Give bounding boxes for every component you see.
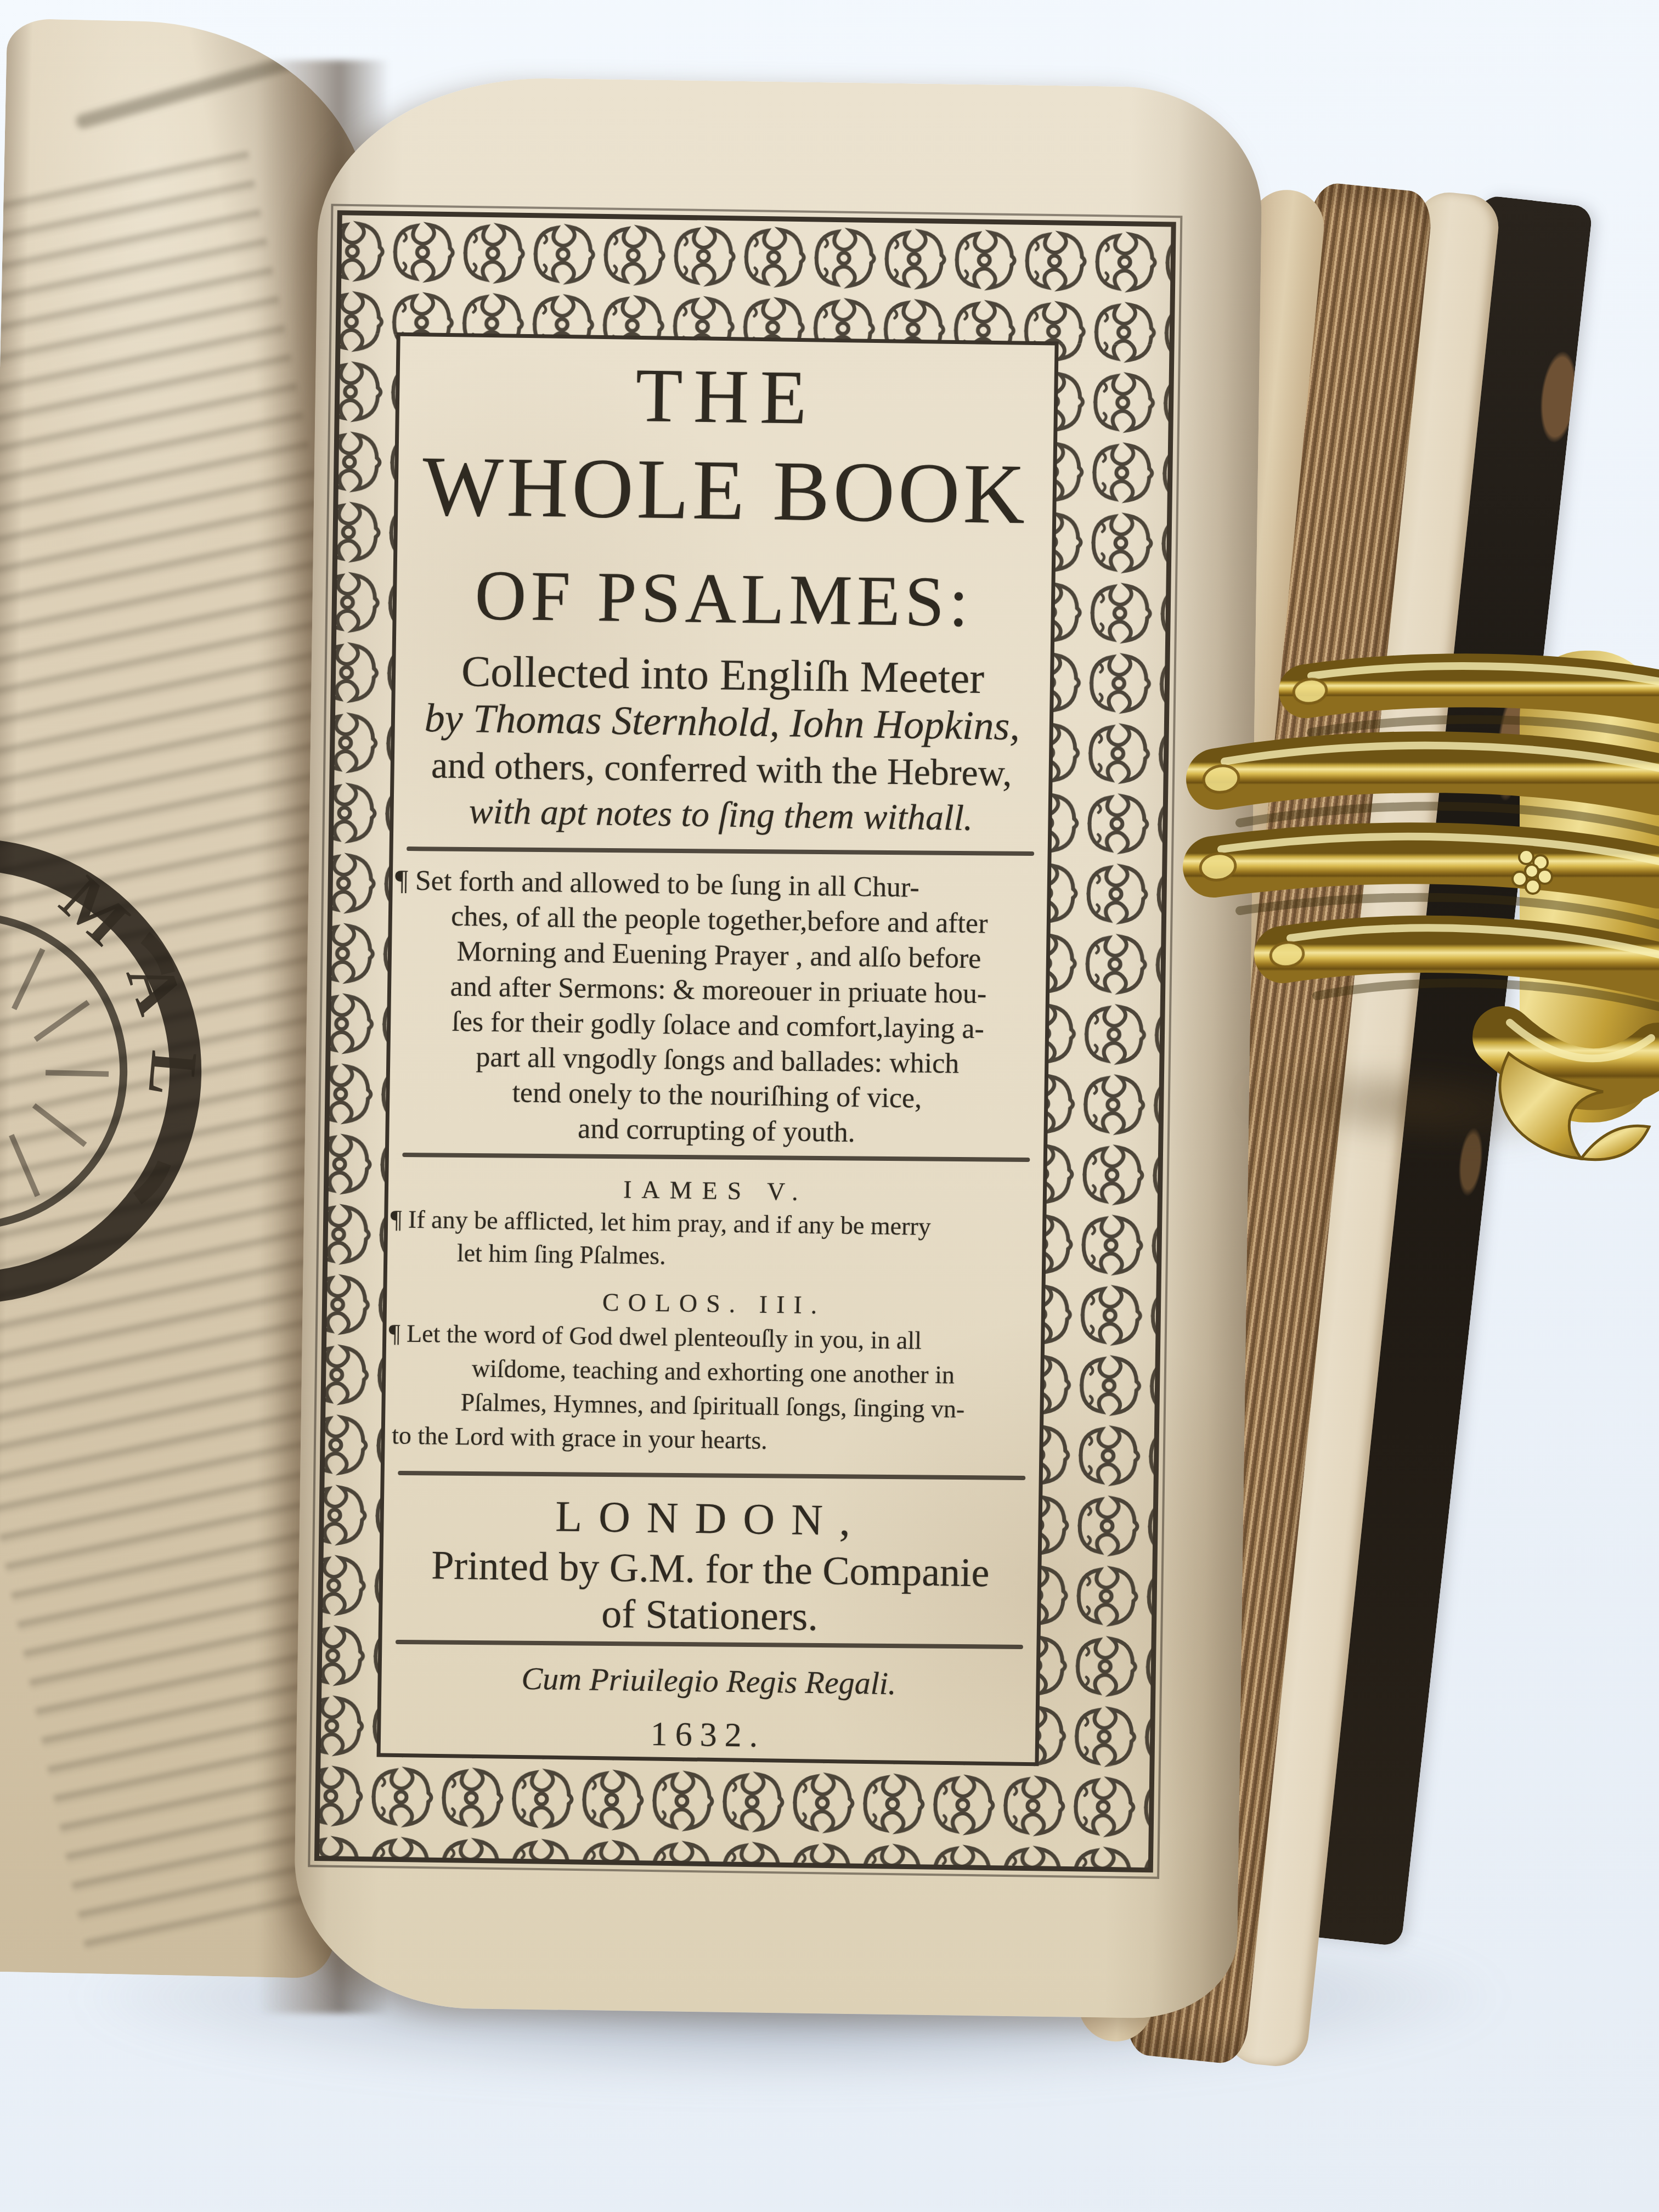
library-stamp: MAL [0, 819, 259, 1330]
scripture-heading: IAMES V. [386, 1172, 1045, 1209]
divider-rule [396, 1640, 1023, 1649]
allowance-line: ſes for their godly ſolace and comfort,l… [388, 1006, 1047, 1046]
divider-rule [407, 847, 1034, 856]
subtitle-line: Collected into Engliſh Meeter [393, 647, 1052, 703]
allowance-line: tend onely to the nouriſhing of vice, [388, 1076, 1047, 1116]
title-line: THE [397, 351, 1057, 443]
title-page-text: THE WHOLE BOOK OF PSALMES: Collected int… [375, 76, 1060, 2016]
title-line: WHOLE BOOK [396, 439, 1055, 541]
scripture-line: ¶ If any be afflicted, let him pray, and… [386, 1205, 1045, 1242]
title-line: OF PSALMES: [394, 556, 1054, 642]
imprint-city: LONDON, [382, 1491, 1041, 1547]
scripture-line: ¶ Let the word of God dwel plenteouſly i… [384, 1319, 1043, 1356]
divider-rule [402, 1153, 1030, 1162]
scripture-line: wiſdome, teaching and exhorting one anot… [384, 1353, 1043, 1390]
subtitle-line: by Thomas Sternhold, Iohn Hopkins, [393, 696, 1052, 749]
brass-hand-page-holder [1174, 614, 1659, 1185]
allowance-line: and after Sermons: & moreouer in priuate… [389, 970, 1048, 1011]
allowance-line: part all vngodly ſongs and ballades: whi… [388, 1041, 1047, 1081]
imprint-line: Printed by G.M. for the Companie [381, 1543, 1040, 1596]
book-photograph: MAL [0, 0, 1659, 2212]
privilege-line: Cum Priuilegio Regis Regali. [380, 1660, 1039, 1703]
imprint-line: of Stationers. [380, 1589, 1039, 1643]
allowance-line: Morning and Euening Prayer , and alſo be… [390, 935, 1048, 975]
allowance-line: ches, of all the people together,before … [390, 900, 1049, 940]
year: 1632. [379, 1712, 1037, 1758]
divider-rule [398, 1471, 1025, 1480]
title-page: THE WHOLE BOOK OF PSALMES: Collected int… [293, 75, 1263, 2019]
allowance-line: ¶ Set forth and allowed to be ſung in al… [391, 865, 1049, 905]
subtitle-line: with apt notes to ſing them withall. [392, 791, 1051, 839]
subtitle-line: and others, conferred with the Hebrew, [392, 744, 1051, 794]
scripture-line: Pſalmes, Hymnes, and ſpirituall ſongs, ſ… [383, 1387, 1042, 1424]
allowance-line: and corrupting of youth. [387, 1111, 1046, 1151]
scripture-line: to the Lord with grace in your hearts. [383, 1421, 1042, 1458]
scripture-heading: COLOS. III. [385, 1285, 1043, 1322]
stamp-text: MAL [42, 861, 216, 1131]
scripture-line: let him ſing Pſalmes. [386, 1238, 1045, 1274]
